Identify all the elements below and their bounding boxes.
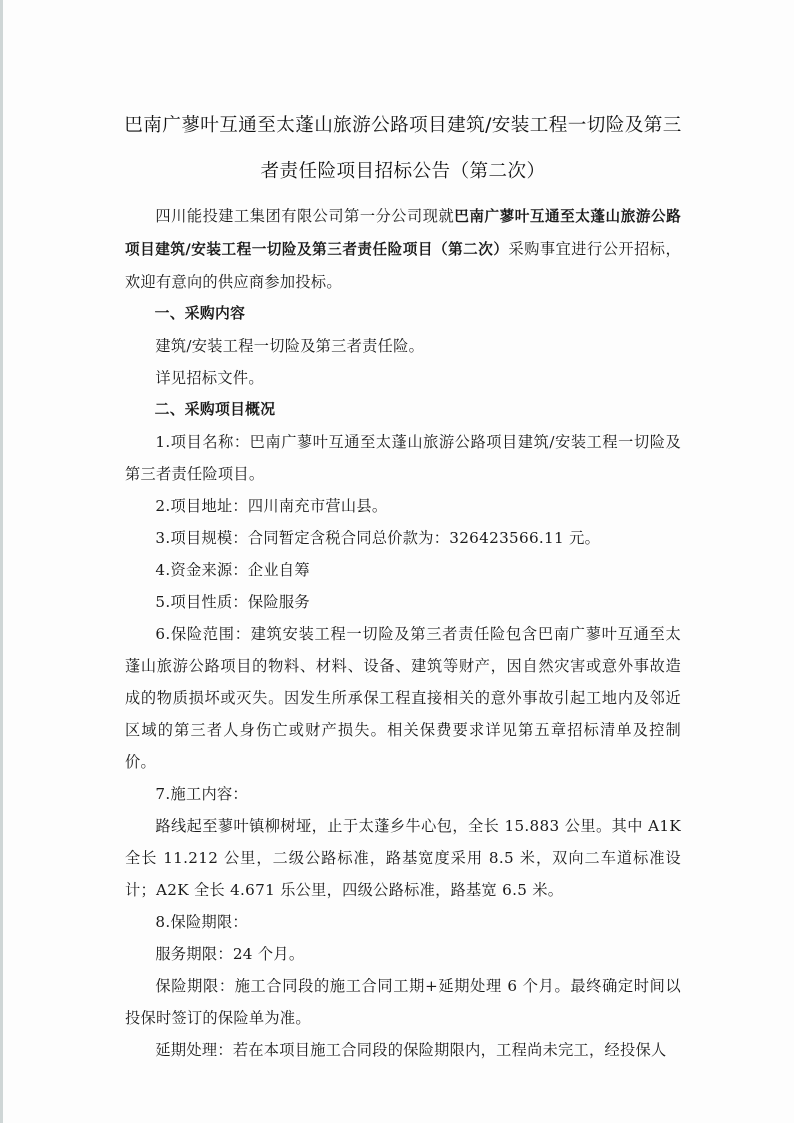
- item-project-nature: 5.项目性质：保险服务: [125, 586, 681, 618]
- insurance-period-detail: 保险期限：施工合同段的施工合同工期+延期处理 6 个月。最终确定时间以投保时签订…: [125, 970, 681, 1034]
- document-title: 巴南广蓼叶互通至太蓬山旅游公路项目建筑/安装工程一切险及第三 者责任险项目招标公…: [115, 104, 691, 194]
- item-insurance-period: 8.保险期限：: [125, 906, 681, 938]
- intro-paragraph: 四川能投建工集团有限公司第一分公司现就巴南广蓼叶互通至太蓬山旅游公路项目建筑/安…: [125, 200, 681, 298]
- intro-prefix: 四川能投建工集团有限公司第一分公司现就: [155, 207, 454, 225]
- item-funding-source: 4.资金来源：企业自筹: [125, 554, 681, 586]
- section-1-line: 建筑/安装工程一切险及第三者责任险。: [125, 330, 681, 362]
- item-project-address: 2.项目地址：四川南充市营山县。: [125, 490, 681, 522]
- document-page: 巴南广蓼叶互通至太蓬山旅游公路项目建筑/安装工程一切险及第三 者责任险项目招标公…: [0, 0, 794, 1123]
- document-body: 巴南广蓼叶互通至太蓬山旅游公路项目建筑/安装工程一切险及第三 者责任险项目招标公…: [125, 104, 681, 1066]
- construction-description: 路线起至蓼叶镇柳树垭，止于太蓬乡牛心包，全长 15.883 公里。其中 A1K …: [125, 810, 681, 906]
- title-line-1: 巴南广蓼叶互通至太蓬山旅游公路项目建筑/安装工程一切险及第三: [115, 104, 691, 148]
- service-period: 服务期限：24 个月。: [125, 938, 681, 970]
- section-2-heading: 二、采购项目概况: [125, 394, 681, 426]
- extension-handling: 延期处理：若在本项目施工合同段的保险期限内，工程尚未完工，经投保人: [125, 1034, 681, 1066]
- item-insurance-scope: 6.保险范围：建筑安装工程一切险及第三者责任险包含巴南广蓼叶互通至太蓬山旅游公路…: [125, 618, 681, 778]
- section-1-line: 详见招标文件。: [125, 362, 681, 394]
- title-line-2: 者责任险项目招标公告（第二次）: [115, 150, 691, 194]
- section-1-heading: 一、采购内容: [125, 298, 681, 330]
- item-construction-content: 7.施工内容：: [125, 778, 681, 810]
- item-project-name: 1.项目名称：巴南广蓼叶互通至太蓬山旅游公路项目建筑/安装工程一切险及第三者责任…: [125, 426, 681, 490]
- item-project-scale: 3.项目规模：合同暂定含税合同总价款为：326423566.11 元。: [125, 522, 681, 554]
